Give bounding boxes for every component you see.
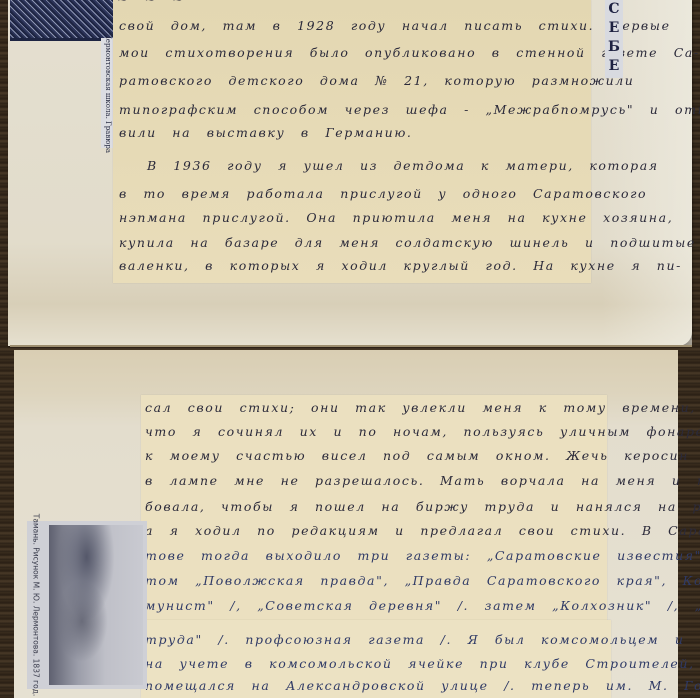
- handwritten-line: вили на выставку в Германию.: [119, 125, 413, 140]
- title-letter: Е: [609, 19, 620, 38]
- handwritten-line: В 1936 году я ушел из детдома к матери, …: [147, 158, 659, 173]
- printed-title-strip: С Е Б Е: [605, 0, 623, 78]
- handwritten-line: в то время работала прислугой у одного С…: [119, 186, 647, 201]
- handwritten-line: сал свои стихи; они так увлекли меня к т…: [145, 400, 696, 415]
- photo-caption-text: Тамань. Рисунок М. Ю. Лермонтова. 1837 г…: [32, 514, 41, 696]
- handwritten-line: купила на базаре для меня солдатскую шин…: [119, 235, 696, 250]
- handwritten-line: том „Поволжская правда", „Правда Саратов…: [145, 573, 700, 588]
- lermontov-drawing-clipping: Тамань. Рисунок М. Ю. Лермонтова. 1837 г…: [27, 521, 147, 689]
- handwritten-line: на учете в комсомольской ячейке при клуб…: [145, 656, 700, 671]
- handwritten-sheet-top: ~ ~ ~ свой дом, там в 1928 году начал пи…: [113, 0, 591, 283]
- handwritten-line: мунист" /, „Советская деревня" /. затем …: [145, 598, 700, 613]
- photo-caption: Тамань. Рисунок М. Ю. Лермонтова. 1837 г…: [27, 521, 45, 689]
- handwritten-line: нэпмана прислугой. Она приютила меня на …: [119, 210, 673, 225]
- title-letter: С: [608, 0, 619, 19]
- handwritten-sheet-bottom-lower: труда" /. профсоюзная газета /. Я был ко…: [141, 620, 611, 698]
- handwritten-line: ратовского детского дома № 21, которую р…: [119, 73, 634, 88]
- handwritten-line-cut: ~ ~ ~: [117, 0, 184, 7]
- title-letter: Б: [608, 38, 620, 57]
- engraving-caption-text: Лермонтовская школа. Гравюра: [104, 33, 112, 153]
- taman-drawing-image: [49, 525, 143, 685]
- handwritten-line: труда" /. профсоюзная газета /. Я был ко…: [145, 632, 700, 647]
- handwritten-sheet-bottom-upper: сал свои стихи; они так увлекли меня к т…: [141, 395, 607, 639]
- handwritten-line: свой дом, там в 1928 году начал писать с…: [119, 18, 671, 33]
- handwritten-line: что я сочинял их и по ночам, пользуясь у…: [145, 424, 700, 439]
- handwritten-line: тове тогда выходило три газеты: „Саратов…: [145, 548, 700, 563]
- handwritten-line: а я ходил по редакциям и предлагал свои …: [145, 523, 700, 538]
- handwritten-line: валенки, в которых я ходил круглый год. …: [119, 258, 682, 273]
- handwritten-line: типографским способом через шефа - „Межр…: [119, 102, 700, 117]
- handwritten-line: в лампе мне не разрешалось. Мать ворчала…: [145, 473, 700, 488]
- handwritten-line: к моему счастью висел под самым окном. Ж…: [145, 448, 689, 463]
- page-fold-line: [10, 345, 692, 347]
- title-letter: Е: [609, 57, 620, 76]
- handwritten-line: бовала, чтобы я пошел на биржу труда и н…: [145, 499, 700, 514]
- handwritten-line: помещался на Александровской улице /. те…: [145, 678, 700, 693]
